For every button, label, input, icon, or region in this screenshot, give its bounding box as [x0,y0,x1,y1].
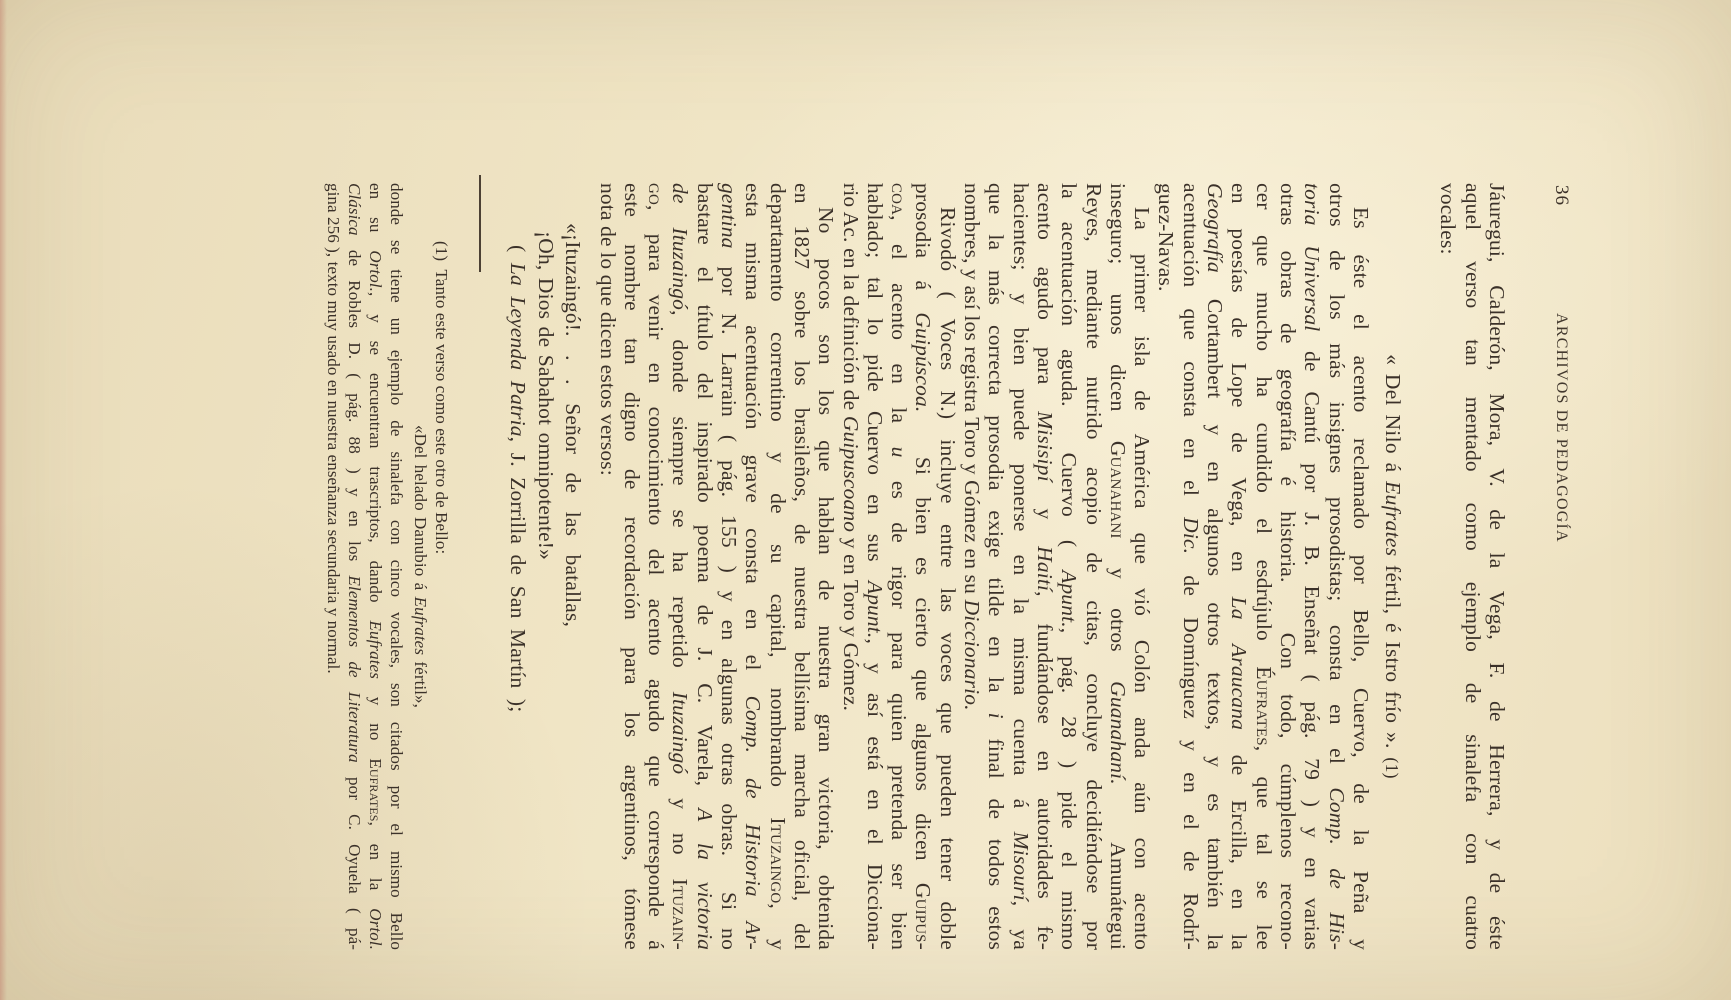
text-line: en 1827 sobre los brasileños, de nuestra… [790,183,814,950]
text-line: «Del helado Danubio á Eufrates fértil», [409,183,430,950]
text-line: «¡Ituzaingó!. . . Señor de las batallas, [559,223,587,950]
text-line: ( La Leyenda Patria, J. Zorrilla de San … [504,245,532,950]
text-line: vocales: [1436,183,1460,950]
text-line: otras obras de geografía é historia. Con… [1276,183,1300,950]
text-line: acentuación que consta en el Dic. de Dom… [1178,183,1202,950]
text-line: bastare el título del inspirado poema de… [693,183,717,950]
footnote-body: donde se tiene un ejemplo de sinalefa co… [323,183,408,950]
text-line: No pocos son los que hablan de nuestra g… [814,183,838,950]
scanned-page-image: 36 ARCHIVOS DE PEDAGOGÍA Jáuregui, Calde… [0,0,1731,1000]
text-line: la acentuación aguda. Cuervo ( Apunt., p… [1057,183,1081,950]
text-line: hablado; tal lo pide Cuervo en sus Apunt… [863,183,887,950]
text-line: de Ituzaingó, donde siempre se ha repeti… [668,183,692,950]
text-line: nota de lo que dicen estos versos: [595,183,619,950]
text-line: La primer isla de América que vió Colón … [1130,183,1154,950]
text-line: cer que mucho ha cundido el esdrújulo Éu… [1251,183,1275,950]
text-line: (1) Tanto este verso como este otro de B… [431,241,452,950]
text-line: en poesías de Lope de Vega, en La Arauca… [1227,183,1251,950]
footnote-verse: «Del helado Danubio á Eufrates fértil», [409,183,430,950]
text-line: guez-Navas. [1154,183,1178,950]
text-line: Clásica de Robles D. ( pág. 88 ) y en lo… [344,183,365,950]
text-line: « Del Nilo á Eufrates fértil, é Istro fr… [1380,183,1405,950]
text-line: prosodia á Guipúscoa. Si bien es cierto … [911,183,935,950]
text-line: Jáuregui, Calderón, Mora, V. de la Vega,… [1485,183,1509,950]
text-line: gentina por N. Larrain ( pág. 155 ) y en… [717,183,741,950]
text-line: Reyes, mediante nutrido acopio de citas,… [1081,183,1105,950]
text-line: gina 256 ), texto muy usado en nuestra e… [323,183,344,950]
book-page: 36 ARCHIVOS DE PEDAGOGÍA Jáuregui, Calde… [0,0,1731,1000]
text-line: otros de los más insignes prosodistas; c… [1324,183,1348,950]
page-header: 36 ARCHIVOS DE PEDAGOGÍA [1551,183,1581,950]
paragraph-guanahani: La primer isla de América que vió Colón … [960,183,1154,950]
running-title: ARCHIVOS DE PEDAGOGÍA [1552,313,1570,543]
text-line: Geografía Cortambert y en algunos otros … [1203,183,1227,950]
footnote-1: (1) Tanto este verso como este otro de B… [323,183,452,950]
text-line: coa, el acento en la u es de rigor para … [887,183,911,950]
text-line: nombres, y así los registra Toro y Gómez… [960,183,984,950]
text-line: acento agudo para Misisipí y Haití, fund… [1033,183,1057,950]
footnote-first-line: (1) Tanto este verso como este otro de B… [431,183,452,950]
text-line: inseguro; unos dicen Guanahani y otros G… [1106,183,1130,950]
page-number: 36 [1550,185,1572,206]
text-line: go, para venir en conocimiento del acent… [644,183,668,950]
text-line: rio Ac. en la definición de Guipuscoano … [838,183,862,950]
verse-attribution: ( La Leyenda Patria, J. Zorrilla de San … [504,183,532,950]
text-line: toria Universal de Cantú por J. B. Enseñ… [1300,183,1324,950]
text-line: donde se tiene un ejemplo de sinalefa co… [386,183,407,950]
text-line: hacientes; y bien puede ponerse en la mi… [1008,183,1032,950]
verse-quote-ituzaingo: «¡Ituzaingó!. . . Señor de las batallas,… [531,183,586,950]
text-line: en su Ortol., y se encuentran trascripto… [365,183,386,950]
text-line: este nombre tan digno de recordación par… [620,183,644,950]
text-line: que la más correcta prosodia exige tilde… [984,183,1008,950]
text-line: ¡Oh, Dios de Sabahot omnipotente!» [531,231,559,950]
text-line: Rivodó ( Voces N.) incluye entre las voc… [935,183,959,950]
text-line: Es éste el acento reclamado por Bello, C… [1349,183,1373,950]
paragraph-eufrates: Es éste el acento reclamado por Bello, C… [1154,183,1373,950]
paragraph-guipuscoa: Rivodó ( Voces N.) incluye entre las voc… [838,183,959,950]
text-line: esta misma acentuación grave consta en e… [741,183,765,950]
footnote-rule [479,175,481,272]
text-line: departamento correntino y de su capital,… [765,183,789,950]
paragraph-continuation: Jáuregui, Calderón, Mora, V. de la Vega,… [1436,183,1509,950]
text-line: aquel verso tan mentado como ejemplo de … [1460,183,1484,950]
text-block: Jáuregui, Calderón, Mora, V. de la Vega,… [323,183,1509,950]
verse-quote-del-nilo: « Del Nilo á Eufrates fértil, é Istro fr… [1380,183,1405,950]
paragraph-ituzaingo: No pocos son los que hablan de nuestra g… [595,183,838,950]
